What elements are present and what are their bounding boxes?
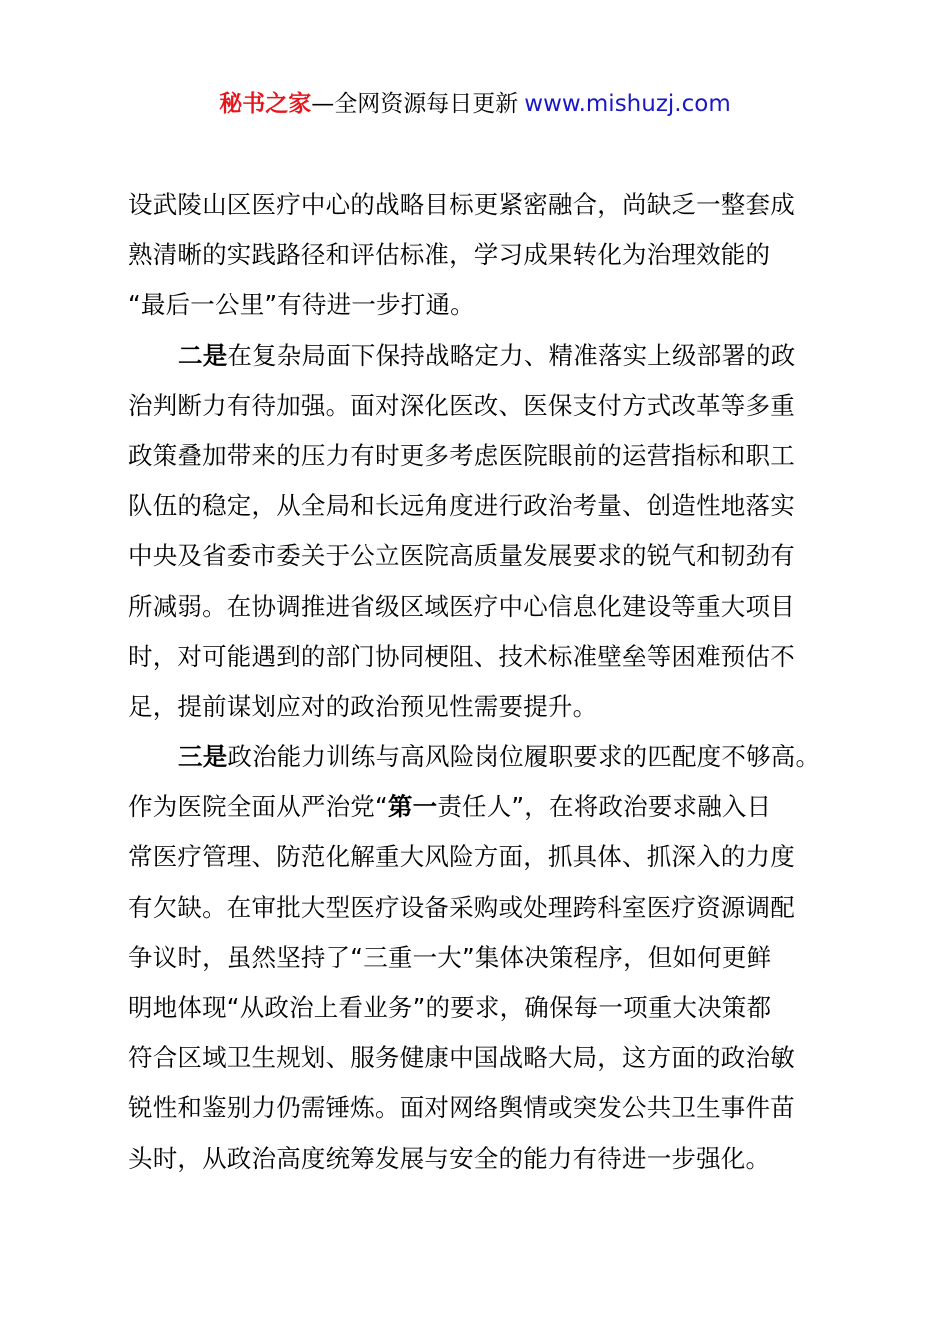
text-line: “最后一公里”有待进一步打通。 xyxy=(128,280,848,330)
text-segment: 作为医院全面从严治党“ xyxy=(128,792,388,821)
text-line: 熟清晰的实践路径和评估标准，学习成果转化为治理效能的 xyxy=(128,230,848,280)
document-body: 设武陵山区医疗中心的战略目标更紧密融合，尚缺乏一整套成 熟清晰的实践路径和评估标… xyxy=(128,180,848,1184)
paragraph-3: 三是政治能力训练与高风险岗位履职要求的匹配度不够高。 作为医院全面从严治党“第一… xyxy=(128,732,848,1184)
text-line: 队伍的稳定，从全局和长远角度进行政治考量、创造性地落实 xyxy=(128,481,848,531)
brand-name: 秘书之家 xyxy=(219,91,311,117)
paragraph-2: 二是在复杂局面下保持战略定力、精准落实上级部署的政 治判断力有待加强。面对深化医… xyxy=(128,331,848,733)
text-line: 明地体现“从政治上看业务”的要求，确保每一项重大决策都 xyxy=(128,983,848,1033)
text-line: 符合区域卫生规划、服务健康中国战略大局，这方面的政治敏 xyxy=(128,1033,848,1083)
text-segment: 责任人”，在将政治要求融入日 xyxy=(437,792,771,821)
text-line: 作为医院全面从严治党“第一责任人”，在将政治要求融入日 xyxy=(128,782,848,832)
text-line: 足，提前谋划应对的政治预见性需要提升。 xyxy=(128,682,848,732)
text-line: 有欠缺。在审批大型医疗设备采购或处理跨科室医疗资源调配 xyxy=(128,883,848,933)
paragraph-lead: 三是 xyxy=(178,742,227,771)
website-link[interactable]: www.mishuzj.com xyxy=(524,91,730,117)
text-segment: 政治能力训练与高风险岗位履职要求的匹配度不够高。 xyxy=(227,742,820,771)
paragraph-lead: 二是 xyxy=(178,341,227,370)
text-line: 设武陵山区医疗中心的战略目标更紧密融合，尚缺乏一整套成 xyxy=(128,180,848,230)
text-line: 所减弱。在协调推进省级区域医疗中心信息化建设等重大项目 xyxy=(128,582,848,632)
text-line: 治判断力有待加强。面对深化医改、医保支付方式改革等多重 xyxy=(128,381,848,431)
paragraph-1: 设武陵山区医疗中心的战略目标更紧密融合，尚缺乏一整套成 熟清晰的实践路径和评估标… xyxy=(128,180,848,331)
text-line: 常医疗管理、防范化解重大风险方面，抓具体、抓深入的力度 xyxy=(128,832,848,882)
text-line: 头时，从政治高度统筹发展与安全的能力有待进一步强化。 xyxy=(128,1134,848,1184)
text-line: 中央及省委市委关于公立医院高质量发展要求的锐气和韧劲有 xyxy=(128,531,848,581)
header-tagline: —全网资源每日更新 xyxy=(311,91,518,117)
page-header: 秘书之家—全网资源每日更新www.mishuzj.com xyxy=(0,88,950,120)
text-line: 时，对可能遇到的部门协同梗阻、技术标准壁垒等困难预估不 xyxy=(128,632,848,682)
text-line: 政策叠加带来的压力有时更多考虑医院眼前的运营指标和职工 xyxy=(128,431,848,481)
bold-emphasis: 第一 xyxy=(388,792,437,821)
text-line: 三是政治能力训练与高风险岗位履职要求的匹配度不够高。 xyxy=(128,732,848,782)
text-line: 锐性和鉴别力仍需锤炼。面对网络舆情或突发公共卫生事件苗 xyxy=(128,1083,848,1133)
text-segment: 在复杂局面下保持战略定力、精准落实上级部署的政 xyxy=(227,341,795,370)
text-line: 争议时，虽然坚持了“三重一大”集体决策程序，但如何更鲜 xyxy=(128,933,848,983)
text-line: 二是在复杂局面下保持战略定力、精准落实上级部署的政 xyxy=(128,331,848,381)
